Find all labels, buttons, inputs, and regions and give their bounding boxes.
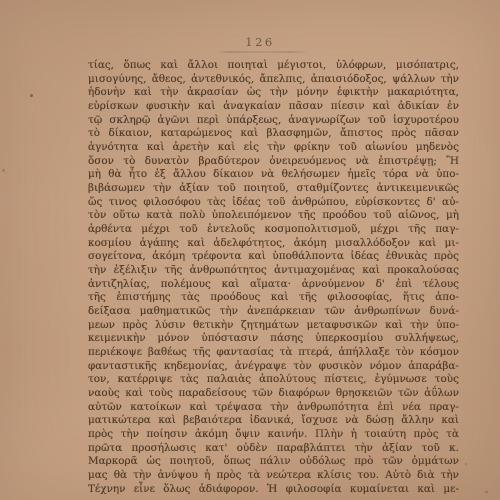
text-line: Τέχνηνεἶνεὅλωςἀδιάφορον.Ἡφιλοσοφίακυμαίν… (88, 482, 459, 496)
text-line: φανταστικῆςκηδεμονίας,ἀνέγραψετὸνφυσικὸν… (88, 359, 459, 373)
text-line: πρὸςτὴνποίησινἀκόμηὄψινκαινήν.Πλὴνἡτοιαύ… (88, 427, 459, 441)
text-line: βιβάσωμεντὴνἀξίαντοῦποιητοῦ,σταθμίζοντες… (88, 181, 459, 195)
text-line: τὴνἐξέλιξιντῆςἀνθρωπότητοςἀντιμαχομέναςκ… (88, 263, 459, 277)
scan-speck (465, 463, 467, 465)
text-line: Μαρκορᾶὡςποιητοῦ,ὅπωςπάλινοὐδόλωςπρὸτῶνὀ… (88, 454, 459, 468)
text-line: τον,κατέρριψετὰςπαλαιὰςἀπολύτουςπίστεις,… (88, 372, 459, 386)
text-line: δείξασαμαθηματικῶςτὴνἀνεπάρκειαντῶνἀνθρω… (88, 304, 459, 318)
text-line: ἁγνότητακαὶἀρετὴνκαὶεἰςτὴνφρίκηντοῦαἰωνί… (88, 140, 459, 154)
text-line: τῆςἐπιστήμηςτὰςπροόδουςκαὶτῆςφιλοσοφίας,… (88, 290, 459, 304)
text-line: εὑρίσκωνφυσικὴνκαὶἀναγκαίανπᾶσανπίεσινκα… (88, 99, 459, 113)
page-number-rule (217, 51, 309, 53)
text-line: σογείτονα,ἀκόμητρέφοντακαὶὑποθάλπονταἰδέ… (88, 249, 459, 263)
text-line: τῷσκληρῷἀγῶνιπερὶὑπάρξεως,ἀναγνωρίζωντοῦ… (88, 113, 459, 127)
text-line: αὐτῶνκατοίκωνκαὶτρέψασατὴνἀνθρωπότηταἐπὶ… (88, 400, 459, 414)
scan-speck (30, 94, 33, 97)
text-line: ὅσοντὸδυνατὸνβραδύτερονὀνειρευόμενοςνὰἐπ… (88, 154, 459, 168)
scan-speck (2, 169, 5, 172)
text-line: ματικώτερακαὶβεβαιότεραἰδανικά,ἴσχυσενὰδ… (88, 413, 459, 427)
text-line: τὸδίκαιον,καταρώμενοςκαὶβλασφημῶν,ἄπιστο… (88, 126, 459, 140)
text-line: ναοὺςκαὶτοὺςπαραδείσουςτῶνδιαφόρωνθρησκε… (88, 386, 459, 400)
text-line: μεωνπρὸςλύσινθετικὴνζητημάτωνμεταφυσικῶν… (88, 318, 459, 332)
text-line: κοσμίουἀγάπηςκαὶἀδελφότητος,ἀκόμημισαλλό… (88, 236, 459, 250)
text-line: ὥςτινοςφιλοσόφουτὰςἰδέαςτοῦἀνθρώπου,εὑρί… (88, 195, 459, 209)
text-line: τίας,ὅπωςκαὶἄλλοιποιηταὶμέγιστοι,ὑλόφρων… (88, 58, 459, 72)
text-line: μαςθὰτὴνἀνύψουἡπρὸςτὰνεώτερακλίσιςτου.Αὐ… (88, 468, 459, 482)
page-text: τίας,ὅπωςκαὶἄλλοιποιηταὶμέγιστοι,ὑλόφρων… (88, 58, 459, 496)
text-line: μισογύνης,ἄθεος,ἀντεθνικός,ἄπελπις,ἀπαισ… (88, 72, 459, 86)
scan-speck (485, 491, 488, 493)
text-line: ἀντιζηλίας,πολέμουςκαὶαἵματα·ἀρνούμενονδ… (88, 277, 459, 291)
page-number: 126 (210, 35, 310, 49)
text-line: τὸνοὕτωκατὰπολὺὑπολειπόμενοντῆςπροόδουτο… (88, 208, 459, 222)
text-line: κειμενικὴνμόνονὑπόστασινπάσηςὑπερκοσμίου… (88, 331, 459, 345)
text-line: ἡδονὴνκαὶτὴνἀκρασίανὡςτὴνμόνηνἐφικτὴνμακ… (88, 85, 459, 99)
text-line: πρῶταπροσήλωσιςκατ'οὐδὲνπαραβλάπτειτὴνἀξ… (88, 441, 459, 455)
book-page-scan: 126 τίας,ὅπωςκαὶἄλλοιποιηταὶμέγιστοι,ὑλό… (0, 0, 500, 500)
text-line: ἀρθένταμέχριτοῦἐντελοῦςκοσμοπολιτισμοῦ,μ… (88, 222, 459, 236)
text-line: περιέκοψεβαθέωςτῆςφαντασίαςτὰπτερά,ἀπήλλ… (88, 345, 459, 359)
text-line: μὴθὰἦτοἐξἄλλουδίκαιοννὰθελήσωμενἡμεῖςτόρ… (88, 167, 459, 181)
